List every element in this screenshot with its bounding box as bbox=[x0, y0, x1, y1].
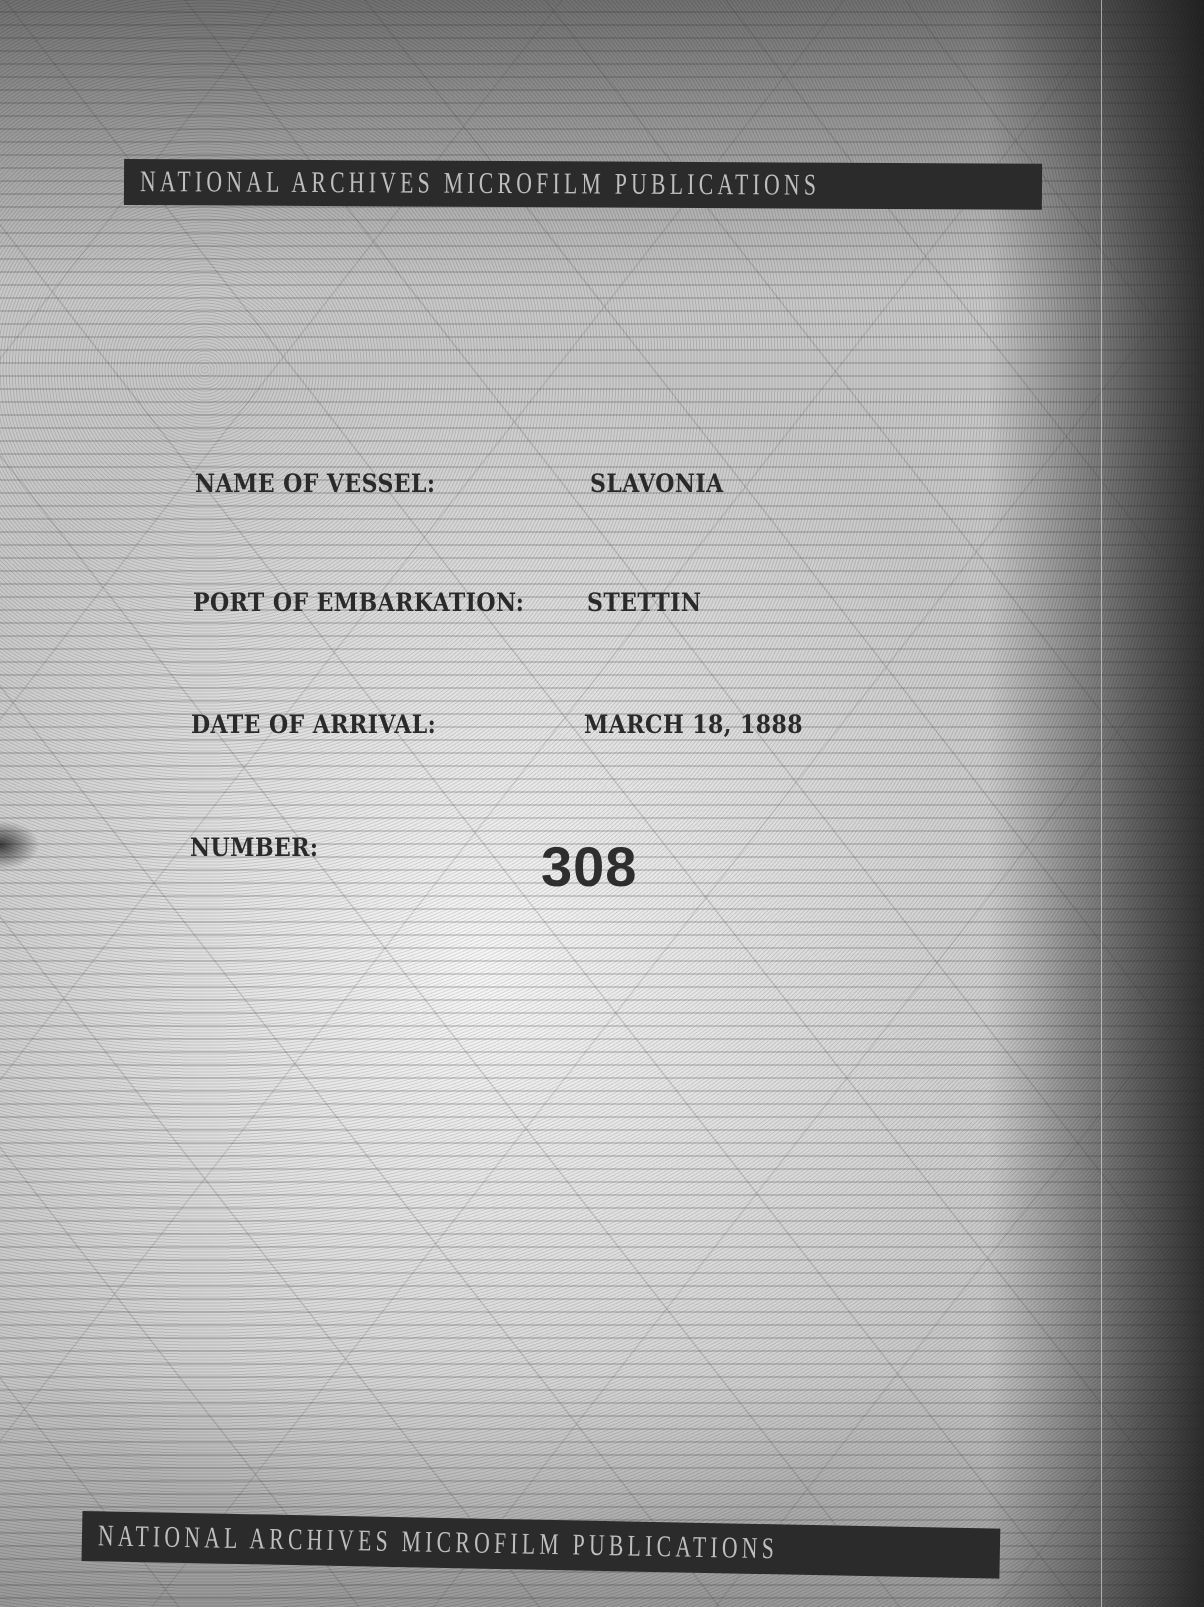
date-of-arrival-value: MARCH 18, 1888 bbox=[584, 710, 803, 739]
number-label: NUMBER: bbox=[190, 833, 319, 862]
film-blemish bbox=[0, 820, 40, 870]
header-banner: NATIONAL ARCHIVES MICROFILM PUBLICATIONS bbox=[124, 159, 1042, 210]
film-scratch bbox=[1101, 0, 1102, 1607]
number-value: 308 bbox=[541, 834, 637, 899]
vessel-name-label: NAME OF VESSEL: bbox=[195, 469, 436, 498]
footer-banner-text: NATIONAL ARCHIVES MICROFILM PUBLICATIONS bbox=[98, 1519, 779, 1566]
date-of-arrival-label: DATE OF ARRIVAL: bbox=[191, 710, 436, 739]
port-of-embarkation-label: PORT OF EMBARKATION: bbox=[193, 588, 524, 617]
film-grain bbox=[0, 0, 1204, 1607]
port-of-embarkation-value: STETTIN bbox=[587, 588, 701, 617]
vessel-name-value: SLAVONIA bbox=[590, 469, 724, 498]
header-banner-text: NATIONAL ARCHIVES MICROFILM PUBLICATIONS bbox=[140, 165, 820, 203]
